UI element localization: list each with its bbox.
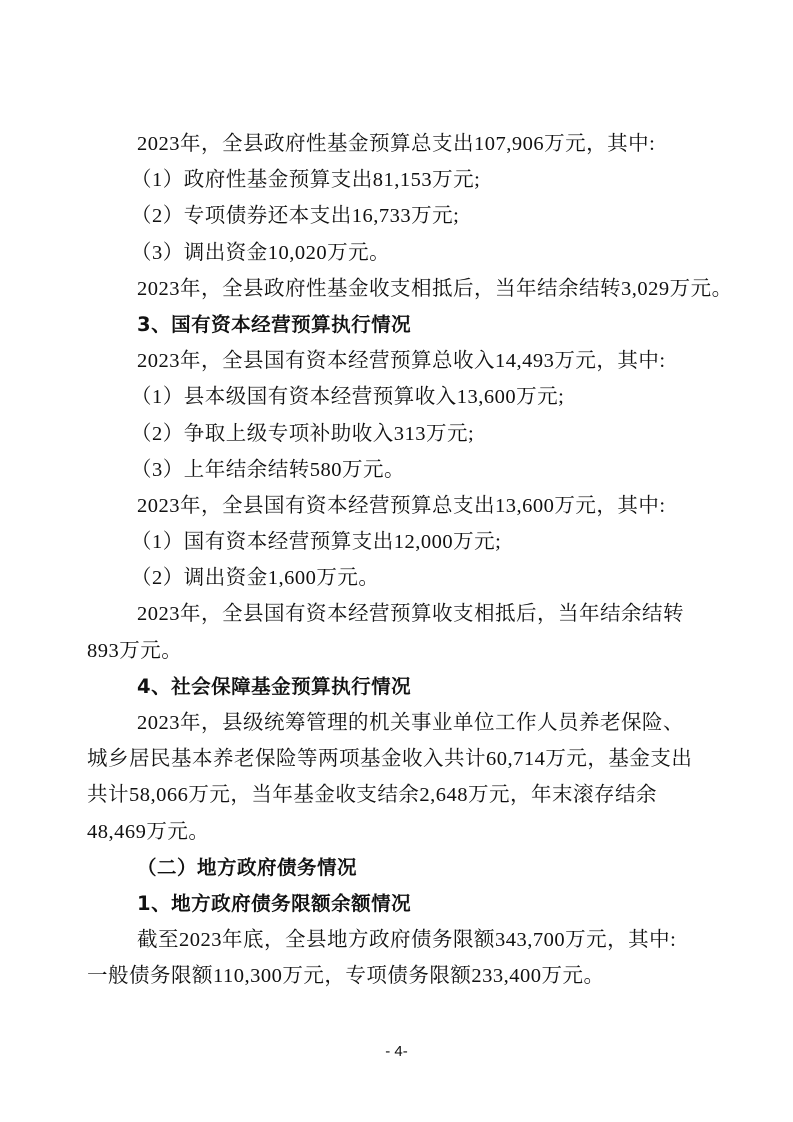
paragraph-fund-balance: 2023年，全县政府性基金收支相抵后，当年结余结转3,029万元。	[87, 271, 707, 307]
list-item-state-capital-transferred-out: （2）调出资金1,600万元。	[87, 560, 707, 596]
paragraph-state-capital-revenue-total: 2023年，全县国有资本经营预算总收入14,493万元，其中:	[87, 343, 707, 379]
list-item-state-capital-expenditure: （1）国有资本经营预算支出12,000万元;	[87, 524, 707, 560]
list-item-prior-year-carryover: （3）上年结余结转580万元。	[87, 452, 707, 488]
section-heading-social-security: 4、社会保障基金预算执行情况	[87, 669, 707, 705]
paragraph-state-capital-balance-continued: 893万元。	[87, 633, 707, 669]
paragraph-social-security-line-4: 48,469万元。	[87, 814, 707, 850]
section-heading-state-capital: 3、国有资本经营预算执行情况	[87, 307, 707, 343]
list-item-special-bond-repayment: （2）专项债券还本支出16,733万元;	[87, 198, 707, 234]
paragraph-social-security-line-3: 共计58,066万元，当年基金收支结余2,648万元，年末滚存结余	[87, 777, 707, 813]
paragraph-debt-limit-line-2: 一般债务限额110,300万元，专项债务限额233,400万元。	[87, 958, 707, 994]
paragraph-state-capital-balance: 2023年，全县国有资本经营预算收支相抵后，当年结余结转	[87, 596, 707, 632]
paragraph-debt-limit-line-1: 截至2023年底，全县地方政府债务限额343,700万元，其中:	[87, 922, 707, 958]
document-body: 2023年，全县政府性基金预算总支出107,906万元，其中: （1）政府性基金…	[87, 126, 707, 995]
section-heading-local-government-debt: （二）地方政府债务情况	[87, 850, 707, 886]
list-item-funds-transferred-out: （3）调出资金10,020万元。	[87, 235, 707, 271]
page-number: - 4-	[0, 1043, 793, 1060]
subsection-heading-debt-limit: 1、地方政府债务限额余额情况	[87, 886, 707, 922]
paragraph-social-security-line-1: 2023年，县级统筹管理的机关事业单位工作人员养老保险、	[87, 705, 707, 741]
paragraph-state-capital-expenditure-total: 2023年，全县国有资本经营预算总支出13,600万元，其中:	[87, 488, 707, 524]
list-item-special-subsidy-revenue: （2）争取上级专项补助收入313万元;	[87, 416, 707, 452]
list-item-county-state-capital-revenue: （1）县本级国有资本经营预算收入13,600万元;	[87, 379, 707, 415]
list-item-fund-budget-expenditure: （1）政府性基金预算支出81,153万元;	[87, 162, 707, 198]
paragraph-fund-expenditure-total: 2023年，全县政府性基金预算总支出107,906万元，其中:	[87, 126, 707, 162]
paragraph-social-security-line-2: 城乡居民基本养老保险等两项基金收入共计60,714万元，基金支出	[87, 741, 707, 777]
